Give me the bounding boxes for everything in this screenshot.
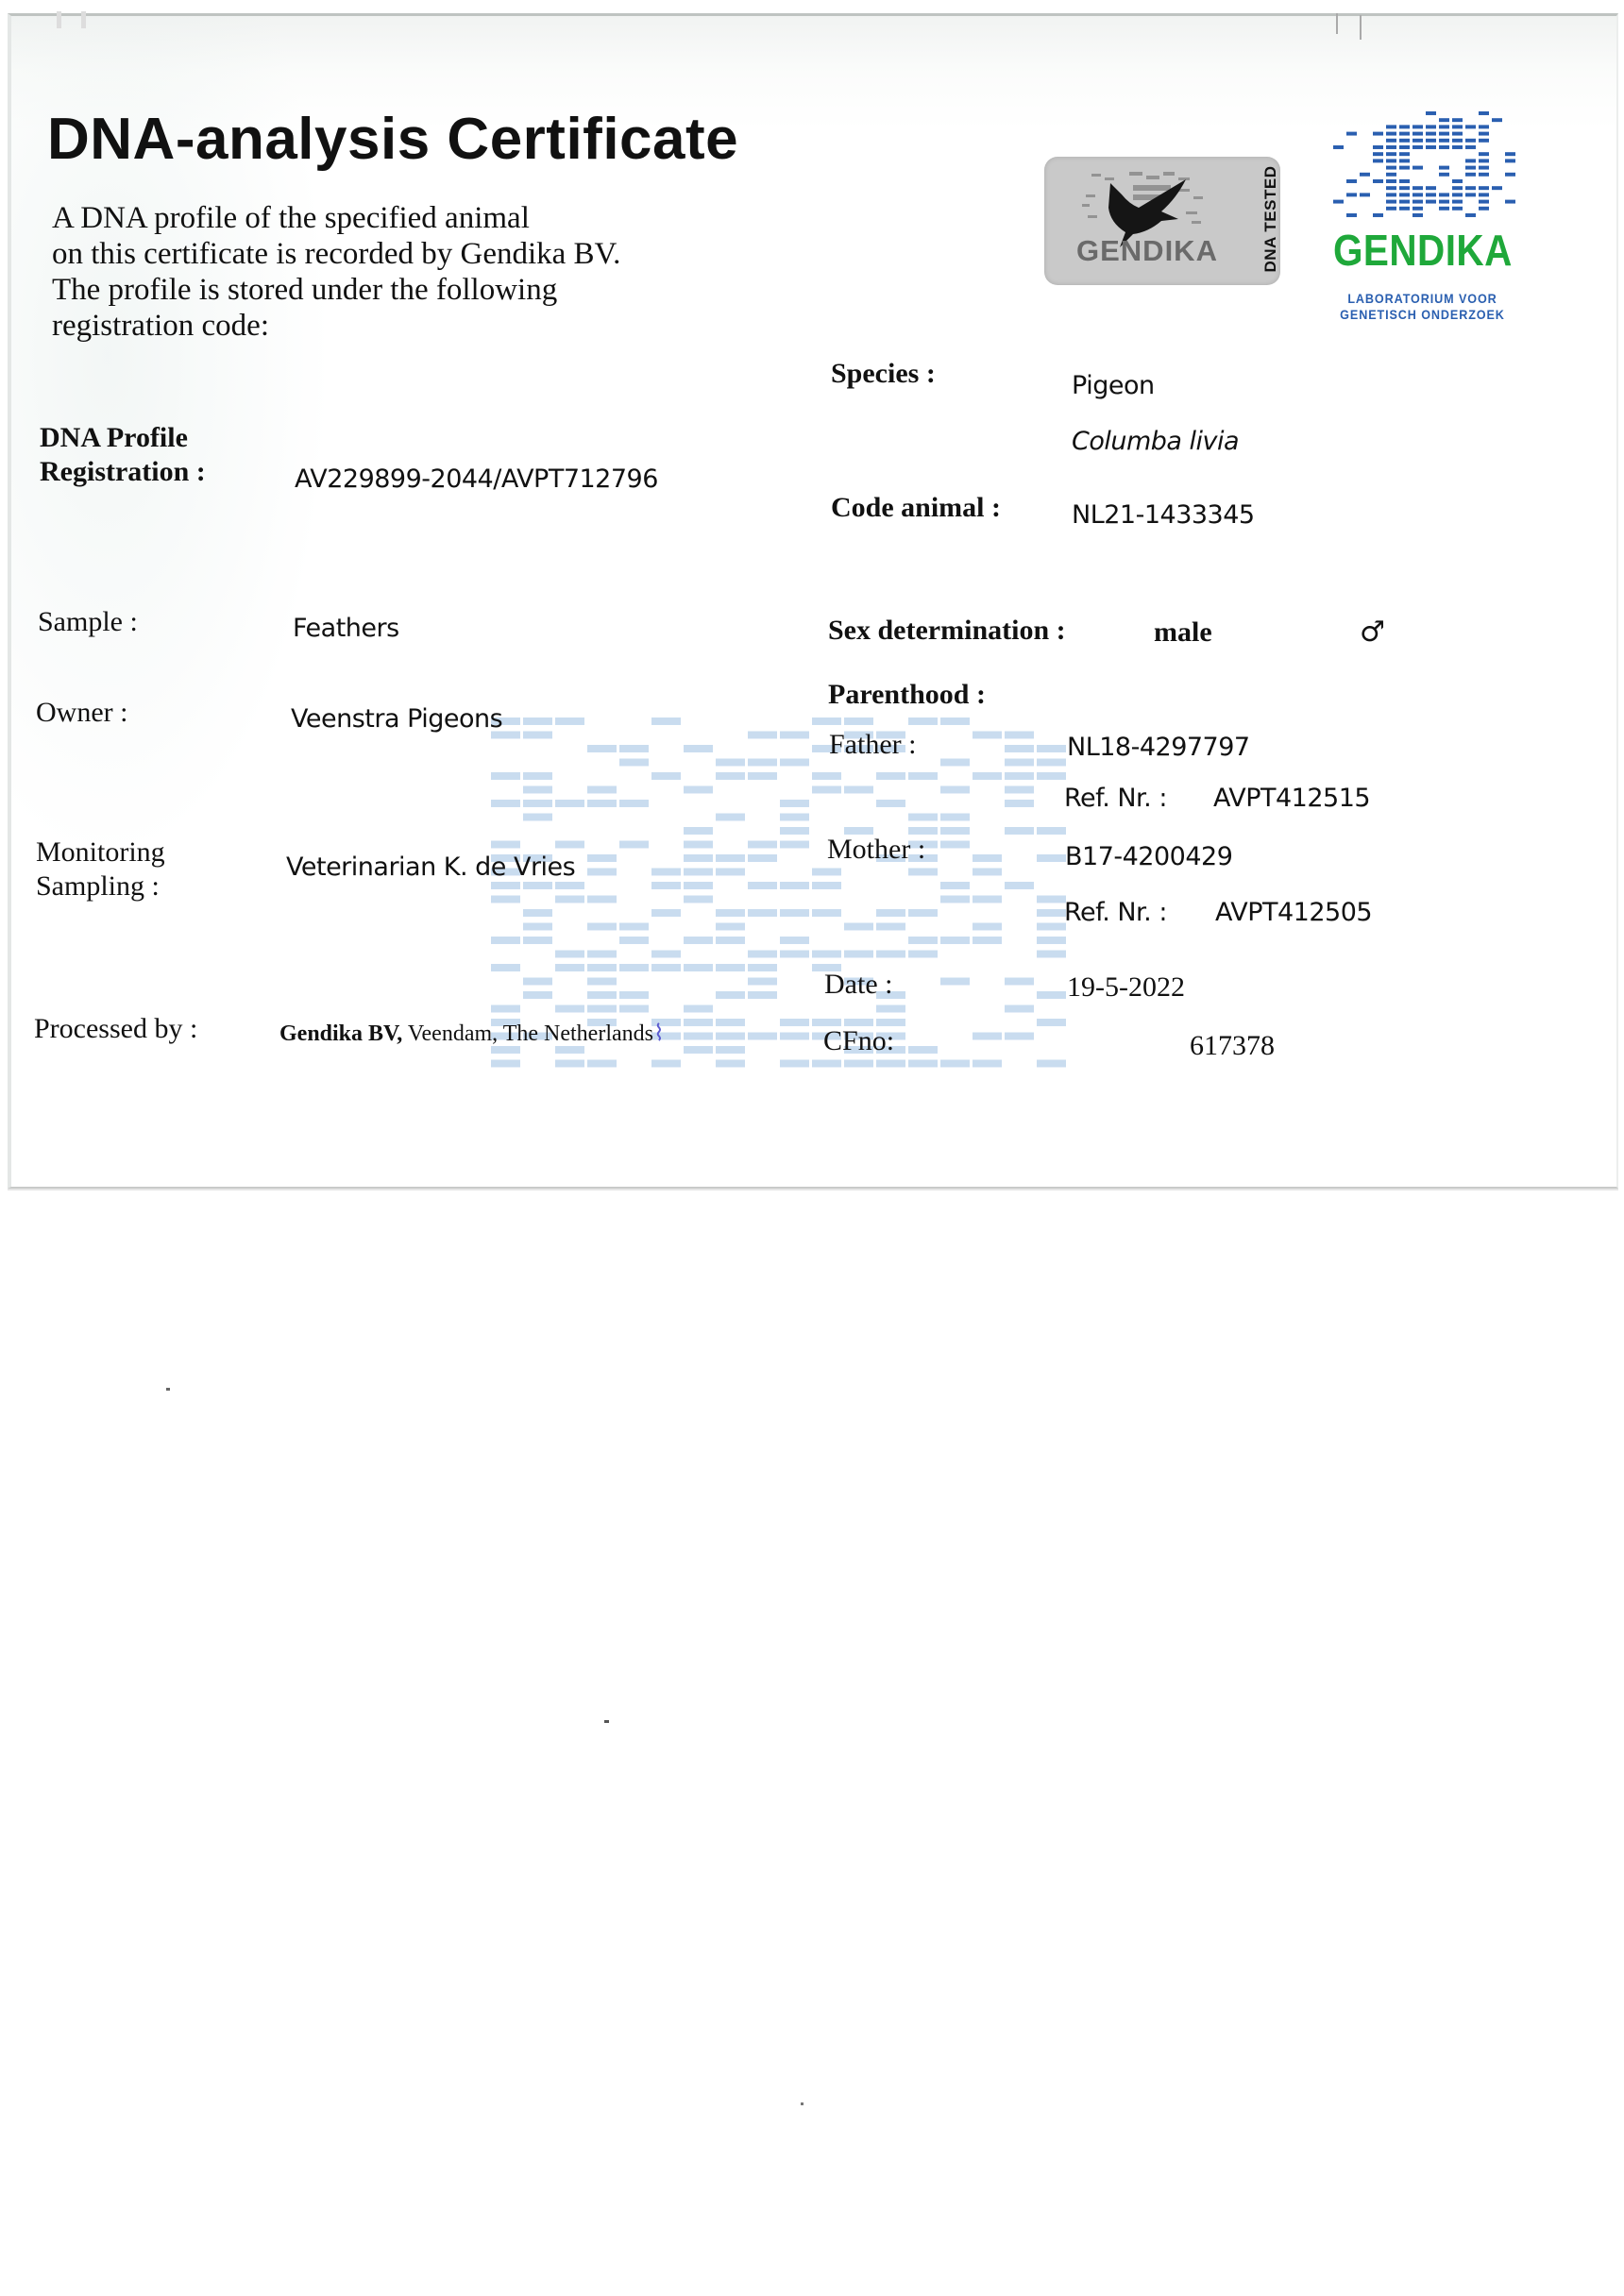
logo-name: GENDIKA	[1333, 225, 1499, 276]
dna-profile-label: DNA Profile Registration :	[40, 421, 206, 489]
scan-speck	[604, 1720, 609, 1723]
owner-value: Veenstra Pigeons	[291, 704, 502, 734]
certificate-intro: A DNA profile of the specified animal on…	[52, 200, 713, 344]
tagline-line: LABORATORIUM VOOR	[1333, 291, 1512, 307]
logo-tagline: LABORATORIUM VOOR GENETISCH ONDERZOEK	[1333, 291, 1512, 323]
certificate-title: DNA-analysis Certificate	[47, 106, 738, 173]
species-label: Species :	[831, 357, 936, 391]
sticker-label: DNA TESTED	[1261, 162, 1280, 276]
scan-speck	[801, 2102, 804, 2105]
date-label: Date :	[824, 968, 892, 1002]
scan-artifact	[1360, 15, 1362, 40]
scan-artifact	[1336, 13, 1338, 34]
monitoring-value: Veterinarian K. de Vries	[286, 853, 575, 882]
scan-speck	[166, 1388, 170, 1391]
date-value: 19-5-2022	[1067, 971, 1185, 1004]
sex-determination-label: Sex determination :	[828, 614, 1066, 648]
owner-label: Owner :	[36, 696, 127, 730]
sample-label: Sample :	[38, 605, 138, 639]
cfno-label: CFno:	[823, 1024, 894, 1058]
tagline-line: GENETISCH ONDERZOEK	[1333, 307, 1512, 323]
processed-by-label: Processed by :	[34, 1012, 197, 1046]
mother-label: Mother :	[827, 833, 925, 867]
father-label: Father :	[829, 728, 916, 762]
dna-profile-registration: AV229899-2044/AVPT712796	[295, 464, 658, 494]
father-ring: NL18-4297797	[1067, 733, 1250, 762]
species-scientific-name: Columba livia	[1072, 427, 1239, 456]
monitoring-label: Monitoring Sampling :	[36, 836, 165, 903]
monitoring-label-line: Sampling :	[36, 869, 165, 903]
intro-line: A DNA profile of the specified animal	[52, 200, 713, 236]
male-symbol-icon: ♂	[1360, 616, 1385, 649]
dna-tested-sticker: GENDIKA DNA TESTED	[1044, 157, 1280, 285]
scan-artifact	[81, 11, 86, 28]
intro-line: The profile is stored under the followin…	[52, 272, 713, 308]
cfno-value: 617378	[1190, 1029, 1275, 1063]
mother-ref-label: Ref. Nr. :	[1064, 898, 1167, 927]
signature-mark-icon: ⌇	[653, 1021, 665, 1046]
monitoring-label-line: Monitoring	[36, 836, 165, 869]
processed-by-location: Veendam, The Netherlands	[402, 1021, 653, 1046]
father-ref: AVPT412515	[1213, 784, 1370, 813]
parenthood-label: Parenthood :	[828, 678, 986, 712]
scan-artifact	[57, 11, 61, 28]
mother-ring: B17-4200429	[1065, 842, 1232, 871]
sample-value: Feathers	[293, 614, 399, 643]
intro-line: registration code:	[52, 308, 713, 344]
gendika-mark-icon	[1333, 111, 1522, 225]
sex-determination-value: male	[1154, 616, 1212, 650]
species-common-name: Pigeon	[1072, 371, 1155, 400]
code-animal-label: Code animal :	[831, 491, 1001, 525]
intro-line: on this certificate is recorded by Gendi…	[52, 236, 713, 272]
sticker-brand: GENDIKA	[1076, 234, 1218, 268]
dna-profile-label-line: DNA Profile	[40, 421, 206, 455]
mother-ref: AVPT412505	[1215, 898, 1372, 927]
code-animal-value: NL21-1433345	[1072, 500, 1255, 530]
processed-by-company: Gendika BV,	[279, 1021, 402, 1046]
dna-profile-label-line: Registration :	[40, 455, 206, 489]
father-ref-label: Ref. Nr. :	[1064, 784, 1167, 813]
gendika-logo: GENDIKA LABORATORIUM VOOR GENETISCH ONDE…	[1333, 111, 1522, 229]
processed-by-value: Gendika BV, Veendam, The Netherlands⌇	[279, 1020, 665, 1047]
